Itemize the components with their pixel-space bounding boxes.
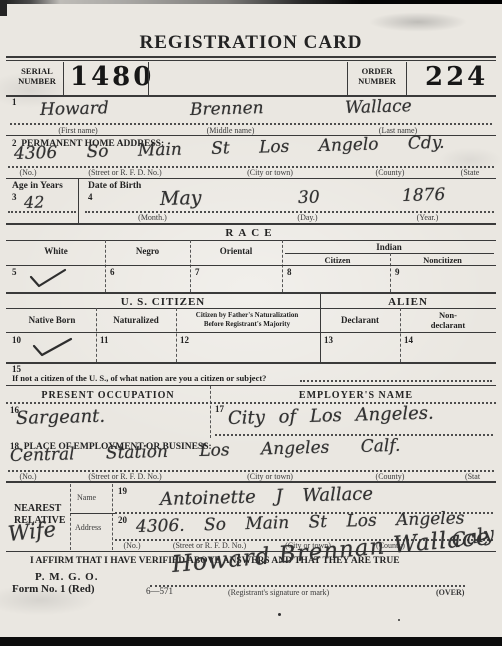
scan-left-corner-mark — [0, 0, 7, 16]
serial-label-bottom: NUMBER — [18, 76, 56, 86]
race-oriental-label: Oriental — [190, 246, 282, 256]
first-name-label: (First name) — [28, 126, 128, 135]
naturalized-number: 11 — [100, 335, 109, 345]
race-table-top — [6, 240, 496, 241]
age-field-number: 3 — [12, 192, 17, 202]
relative-relationship-value: Wife — [7, 517, 57, 546]
nondeclarant-line1: Non- — [439, 310, 457, 320]
occupation-value: Sargeant. — [16, 406, 106, 429]
race-oriental-number: 7 — [195, 267, 200, 277]
first-name-value: Howard — [40, 98, 109, 120]
nondeclarant-label: Non- declarant — [400, 311, 496, 330]
order-box-divider — [406, 62, 407, 95]
serial-box-divider — [63, 62, 64, 95]
year-label: (Year.) — [395, 213, 460, 222]
age-underline — [8, 211, 76, 213]
employer-underline — [215, 434, 493, 436]
dob-header: Date of Birth — [88, 181, 141, 191]
citizen-header-rule — [6, 332, 496, 333]
scan-bottom-edge — [0, 637, 502, 646]
nondeclarant-line2: declarant — [431, 320, 465, 330]
declarant-number: 13 — [324, 335, 333, 345]
signature-caption: (Registrant's signature or mark) — [228, 588, 329, 597]
employment-no-label: (No.) — [8, 472, 48, 481]
title-rule-2 — [6, 60, 496, 61]
serial-label-top: SERIAL — [21, 66, 53, 76]
order-number-value: 224 — [425, 62, 488, 92]
employer-value: City of Los Angeles. — [228, 403, 434, 429]
occupation-header: PRESENT OCCUPATION — [6, 390, 210, 401]
employer-header: EMPLOYER'S NAME — [210, 390, 502, 401]
nation-question: If not a citizen of the U. S., of what n… — [12, 373, 266, 383]
relative-address-number: 20 — [118, 515, 127, 525]
race-negro-label: Negro — [105, 246, 190, 256]
relative-div-1 — [70, 484, 71, 550]
nearest-relative-line1: NEAREST — [14, 503, 61, 514]
pmgo-label: P. M. G. O. — [35, 571, 98, 583]
address-no-label: (No.) — [8, 168, 48, 177]
race-white-number: 5 — [12, 267, 17, 277]
order-label-bottom: NUMBER — [358, 76, 396, 86]
us-citizen-header: U. S. CITIZEN — [6, 296, 320, 308]
employment-county-label: (County) — [355, 472, 425, 481]
race-citizen-label: Citizen — [285, 255, 390, 265]
day-label: (Day.) — [275, 213, 340, 222]
citizen-table-top — [6, 308, 496, 309]
card-title: REGISTRATION CARD — [0, 32, 502, 54]
race-noncitizen-number: 9 — [395, 267, 400, 277]
relative-name-value: Antoinette J Wallace — [160, 483, 374, 510]
middle-name-label: (Middle name) — [178, 126, 283, 135]
scan-top-edge — [0, 0, 502, 4]
registration-card-scan: REGISTRATION CARD SERIAL NUMBER 1480 ORD… — [0, 0, 502, 646]
over-label: (OVER) — [436, 588, 464, 597]
serial-number-label: SERIAL NUMBER — [12, 66, 62, 86]
age-value: 42 — [24, 192, 45, 212]
scan-speck — [278, 613, 281, 616]
order-label-top: ORDER — [362, 66, 393, 76]
race-indian-label: Indian — [282, 242, 496, 252]
relative-address-label: Address — [75, 523, 101, 532]
nation-answer-line — [300, 380, 492, 382]
address-city-label: (City or town) — [225, 168, 315, 177]
employment-city-label: (City or town) — [225, 472, 315, 481]
name-underline — [10, 123, 492, 125]
race-table-bottom — [6, 292, 496, 294]
native-born-number: 10 — [12, 335, 21, 345]
address-street-label: (Street or R. F. D. No.) — [60, 168, 190, 177]
serial-number-value: 1480 — [70, 62, 154, 92]
declarant-label: Declarant — [320, 315, 400, 325]
title-rule — [6, 56, 496, 58]
alien-header: ALIEN — [320, 296, 496, 308]
scan-speck — [398, 619, 400, 621]
race-white-label: White — [10, 246, 102, 256]
line15-border — [6, 385, 496, 386]
race-header: RACE — [0, 227, 502, 239]
last-name-value: Wallace — [345, 96, 412, 118]
serial-box-end — [148, 62, 149, 95]
month-label: (Month.) — [110, 213, 195, 222]
father-naturalization-line1: Citizen by Father's Naturalization — [196, 311, 298, 319]
dob-day-value: 30 — [298, 187, 320, 208]
native-born-label: Native Born — [8, 315, 96, 325]
relative-name-number: 19 — [118, 486, 127, 496]
dob-month-value: May — [160, 187, 202, 210]
relative-no-label: (No.) — [112, 541, 152, 550]
signature-line — [150, 585, 465, 587]
form-code: 6—571 — [146, 586, 173, 596]
father-naturalization-number: 12 — [180, 335, 189, 345]
dob-field-number: 4 — [88, 192, 93, 202]
relative-row-divider — [70, 513, 115, 514]
serial-row-border — [6, 95, 496, 97]
age-row-border — [6, 223, 496, 225]
employer-number: 17 — [215, 404, 224, 414]
line1-number: 1 — [12, 97, 17, 107]
citizen-table-bottom — [6, 362, 496, 364]
line2-border — [6, 178, 496, 179]
check-mark-icon — [28, 267, 68, 290]
middle-name-value: Brennen — [190, 98, 264, 120]
line18-border — [6, 481, 496, 483]
father-naturalization-line2: Before Registrant's Majority — [204, 320, 290, 328]
employment-street-label: (Street or R. F. D. No.) — [60, 472, 190, 481]
form-number-label: Form No. 1 (Red) — [12, 583, 94, 595]
age-header: Age in Years — [12, 181, 63, 191]
address-state-label: (State — [445, 168, 495, 177]
race-negro-number: 6 — [110, 267, 115, 277]
father-naturalization-label: Citizen by Father's Naturalization Befor… — [176, 311, 318, 328]
dob-year-value: 1876 — [402, 185, 446, 206]
citizen-alien-divider — [320, 293, 321, 362]
race-header-rule — [6, 265, 496, 266]
employment-state-label: (Stat — [450, 472, 495, 481]
race-citizen-number: 8 — [287, 267, 292, 277]
check-mark-icon — [30, 336, 74, 359]
order-number-label: ORDER NUMBER — [350, 66, 404, 86]
race-noncitizen-label: Noncitizen — [390, 255, 495, 265]
age-dob-divider — [78, 178, 79, 223]
order-box-start — [347, 62, 348, 95]
relative-name-label: Name — [77, 493, 96, 502]
nondeclarant-number: 14 — [404, 335, 413, 345]
naturalized-label: Naturalized — [96, 315, 176, 325]
address-county-label: (County) — [355, 168, 425, 177]
